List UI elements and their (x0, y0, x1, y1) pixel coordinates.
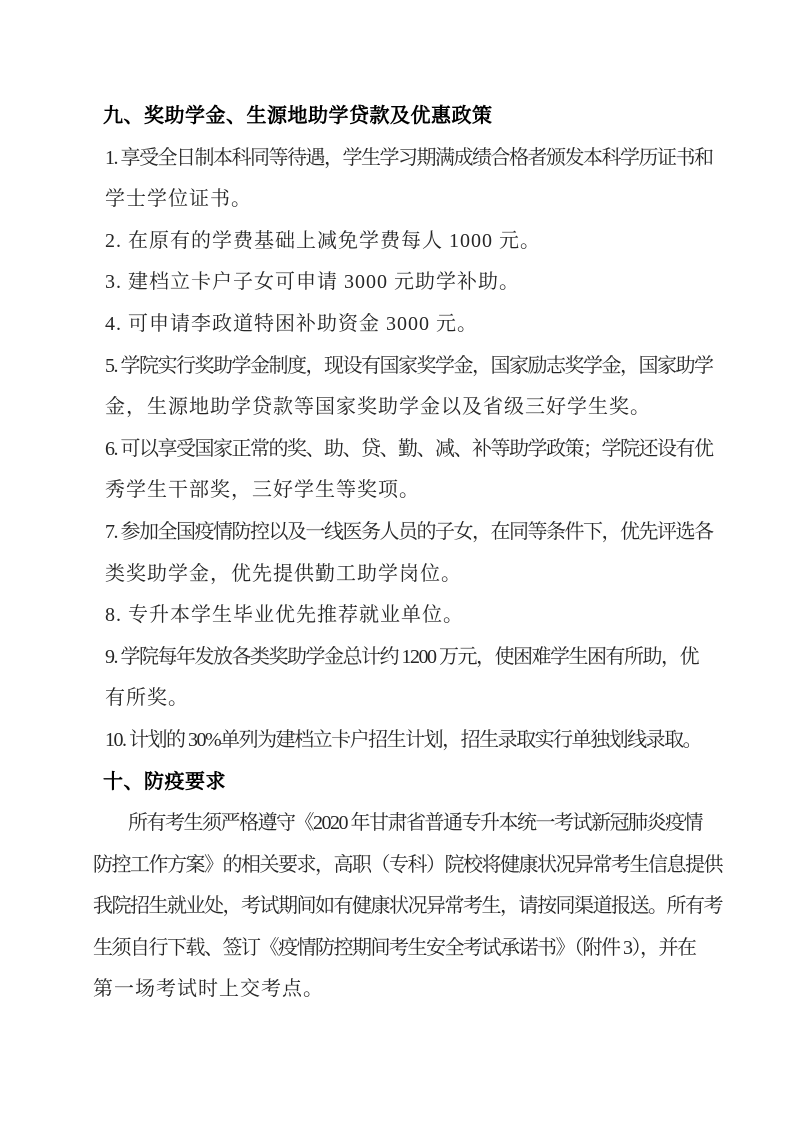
list-item-6-line-2: 秀学生干部奖，三好学生等奖项。 (105, 470, 793, 512)
list-item-5-line-2: 金，生源地助学贷款等国家奖助学金以及省级三好学生奖。 (105, 387, 793, 429)
list-item-1-line-1: 1. 享受全日制本科同等待遇，学生学习期满成绩合格者颁发本科学历证书和 (105, 138, 793, 180)
list-item-1-line-2: 学士学位证书。 (105, 179, 793, 221)
section-epidemic-heading: 十、防疫要求 (103, 762, 793, 804)
section-epidemic-paragraph: 所有考生须严格遵守《2020 年甘肃省普通专升本统一考试新冠肺炎疫情 防控工作方… (0, 803, 793, 1011)
paragraph-line-2: 防控工作方案》的相关要求，高职（专科）院校将健康状况异常考生信息提供 (93, 845, 793, 887)
paragraph-line-5: 第一场考试时上交考点。 (93, 969, 793, 1011)
list-item-8-line-1: 8. 专升本学生毕业优先推荐就业单位。 (105, 595, 793, 637)
section-awards-list: 1. 享受全日制本科同等待遇，学生学习期满成绩合格者颁发本科学历证书和 学士学位… (0, 138, 793, 762)
list-item-9-line-1: 9. 学院每年发放各类奖助学金总计约 1200 万元，使困难学生困有所助，优 (105, 637, 793, 679)
list-item-4-line-1: 4. 可申请李政道特困补助资金 3000 元。 (105, 304, 793, 346)
section-awards-heading: 九、奖助学金、生源地助学贷款及优惠政策 (103, 96, 793, 138)
paragraph-line-1: 所有考生须严格遵守《2020 年甘肃省普通专升本统一考试新冠肺炎疫情 (93, 803, 793, 845)
list-item-7-line-1: 7. 参加全国疫情防控以及一线医务人员的子女，在同等条件下，优先评选各 (105, 512, 793, 554)
list-item-7-line-2: 类奖助学金，优先提供勤工助学岗位。 (105, 554, 793, 596)
document-page: 九、奖助学金、生源地助学贷款及优惠政策 1. 享受全日制本科同等待遇，学生学习期… (0, 0, 793, 1122)
document-content: 九、奖助学金、生源地助学贷款及优惠政策 1. 享受全日制本科同等待遇，学生学习期… (0, 96, 793, 1011)
paragraph-line-4: 生须自行下载、签订《疫情防控期间考生安全考试承诺书》（附件 3），并在 (93, 928, 793, 970)
list-item-5-line-1: 5. 学院实行奖助学金制度，现设有国家奖学金，国家励志奖学金，国家助学 (105, 346, 793, 388)
list-item-3-line-1: 3. 建档立卡户子女可申请 3000 元助学补助。 (105, 262, 793, 304)
list-item-2-line-1: 2. 在原有的学费基础上减免学费每人 1000 元。 (105, 221, 793, 263)
list-item-9-line-2: 有所奖。 (105, 678, 793, 720)
list-item-6-line-1: 6. 可以享受国家正常的奖、助、贷、勤、减、补等助学政策；学院还设有优 (105, 429, 793, 471)
list-item-10-line-1: 10. 计划的 30%单列为建档立卡户招生计划，招生录取实行单独划线录取。 (105, 720, 793, 762)
paragraph-line-3: 我院招生就业处，考试期间如有健康状况异常考生，请按同渠道报送。所有考 (93, 886, 793, 928)
